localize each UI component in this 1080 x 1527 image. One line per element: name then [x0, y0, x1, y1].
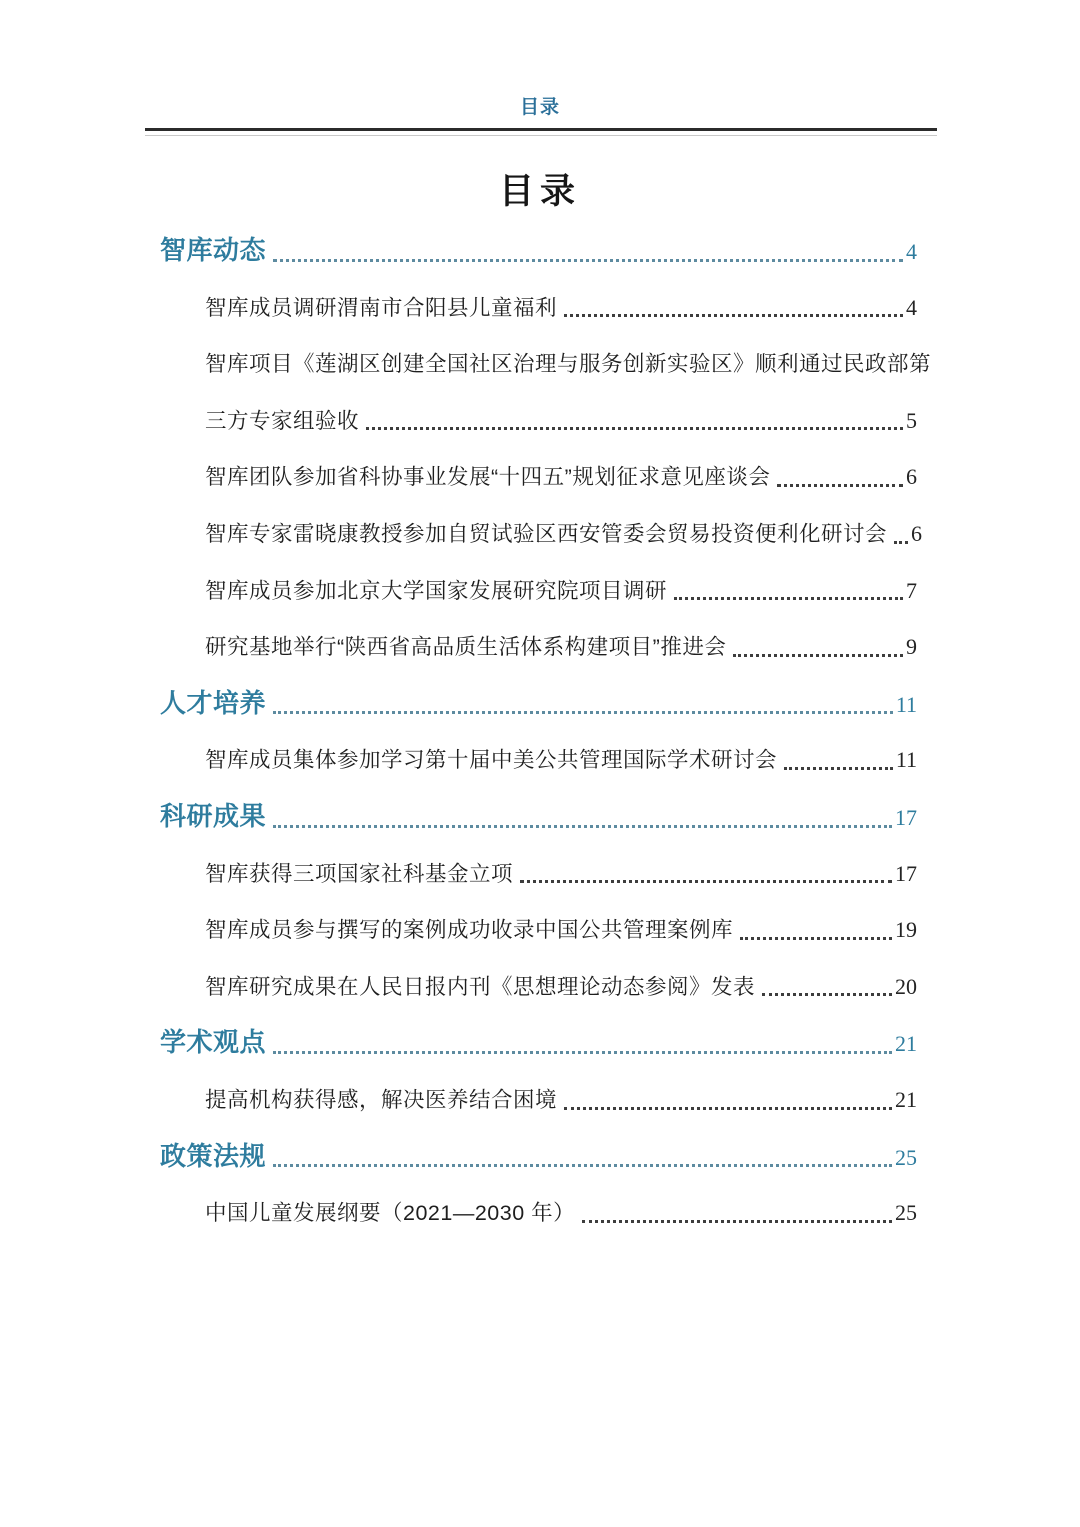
- toc-entry[interactable]: 提高机构获得感，解决医养结合困境21: [160, 1072, 917, 1129]
- entry-page-number: 11: [896, 732, 917, 789]
- entry-page-number: 19: [895, 902, 917, 959]
- entry-page-number: 5: [906, 393, 917, 450]
- entry-page-number: 21: [895, 1072, 917, 1129]
- dot-leader: [520, 880, 892, 883]
- header-rule: [145, 128, 937, 136]
- entry-text: 三方专家组验收: [205, 393, 359, 450]
- entry-text: 智库成员参与撰写的案例成功收录中国公共管理案例库: [205, 902, 733, 959]
- toc-section-row[interactable]: 学术观点21: [160, 1015, 917, 1072]
- entry-text: 智库成员参加北京大学国家发展研究院项目调研: [205, 563, 667, 620]
- section-label: 学术观点: [160, 1015, 266, 1072]
- entry-page-number: 7: [906, 563, 917, 620]
- entry-text: 中国儿童发展纲要（2021—2030 年）: [205, 1185, 575, 1242]
- entry-text: 智库团队参加省科协事业发展“十四五”规划征求意见座谈会: [205, 449, 770, 506]
- toc-entry[interactable]: 智库成员参加北京大学国家发展研究院项目调研7: [160, 563, 917, 620]
- toc-entry[interactable]: 智库项目《莲湖区创建全国社区治理与服务创新实验区》顺利通过民政部第三方专家组验收…: [160, 336, 917, 449]
- toc-section-row[interactable]: 科研成果17: [160, 789, 917, 846]
- dot-leader: [273, 1051, 892, 1054]
- toc-entry[interactable]: 智库团队参加省科协事业发展“十四五”规划征求意见座谈会6: [160, 449, 917, 506]
- entry-last-line: 研究基地举行“陕西省高品质生活体系构建项目”推进会9: [205, 619, 917, 676]
- entry-page-number: 6: [911, 506, 922, 563]
- dot-leader: [582, 1220, 892, 1223]
- dot-leader: [273, 1164, 892, 1167]
- section-page-number: 11: [896, 677, 917, 734]
- dot-leader: [740, 937, 892, 940]
- toc-section-row[interactable]: 智库动态4: [160, 223, 917, 280]
- section-page-number: 4: [906, 224, 917, 281]
- dot-leader: [366, 427, 903, 430]
- entry-last-line: 智库成员参与撰写的案例成功收录中国公共管理案例库19: [205, 902, 917, 959]
- section-label: 人才培养: [160, 676, 266, 733]
- entry-text: 智库成员集体参加学习第十届中美公共管理国际学术研讨会: [205, 732, 777, 789]
- dot-leader: [733, 654, 903, 657]
- running-header-title: 目录: [0, 0, 1080, 118]
- entry-text: 智库成员调研渭南市合阳县儿童福利: [205, 280, 557, 337]
- toc-entry[interactable]: 研究基地举行“陕西省高品质生活体系构建项目”推进会9: [160, 619, 917, 676]
- entry-text: 智库研究成果在人民日报内刊《思想理论动态参阅》发表: [205, 959, 755, 1016]
- dot-leader: [777, 484, 903, 487]
- entry-text: 智库获得三项国家社科基金立项: [205, 846, 513, 903]
- entry-last-line: 中国儿童发展纲要（2021—2030 年）25: [205, 1185, 917, 1242]
- entry-text: 智库专家雷晓康教授参加自贸试验区西安管委会贸易投资便利化研讨会: [205, 506, 887, 563]
- table-of-contents: 智库动态4智库成员调研渭南市合阳县儿童福利4智库项目《莲湖区创建全国社区治理与服…: [160, 223, 917, 1242]
- entry-last-line: 智库团队参加省科协事业发展“十四五”规划征求意见座谈会6: [205, 449, 917, 506]
- dot-leader: [784, 767, 893, 770]
- entry-last-line: 三方专家组验收5: [205, 393, 917, 450]
- document-page: 目录 目录 智库动态4智库成员调研渭南市合阳县儿童福利4智库项目《莲湖区创建全国…: [0, 0, 1080, 1527]
- section-page-number: 25: [895, 1130, 917, 1187]
- entry-page-number: 17: [895, 846, 917, 903]
- toc-entry[interactable]: 智库成员参与撰写的案例成功收录中国公共管理案例库19: [160, 902, 917, 959]
- section-label: 智库动态: [160, 223, 266, 280]
- entry-last-line: 智库专家雷晓康教授参加自贸试验区西安管委会贸易投资便利化研讨会6: [205, 506, 917, 563]
- toc-entry[interactable]: 中国儿童发展纲要（2021—2030 年）25: [160, 1185, 917, 1242]
- dot-leader: [674, 597, 903, 600]
- dot-leader: [273, 711, 893, 714]
- toc-section-row[interactable]: 政策法规25: [160, 1129, 917, 1186]
- dot-leader: [762, 993, 892, 996]
- entry-text: 提高机构获得感，解决医养结合困境: [205, 1072, 557, 1129]
- toc-entry[interactable]: 智库成员调研渭南市合阳县儿童福利4: [160, 280, 917, 337]
- dot-leader: [564, 314, 903, 317]
- section-label: 科研成果: [160, 789, 266, 846]
- entry-page-number: 20: [895, 959, 917, 1016]
- entry-last-line: 智库成员调研渭南市合阳县儿童福利4: [205, 280, 917, 337]
- section-label: 政策法规: [160, 1129, 266, 1186]
- section-page-number: 17: [895, 790, 917, 847]
- dot-leader: [273, 825, 892, 828]
- entry-page-number: 9: [906, 619, 917, 676]
- entry-page-number: 4: [906, 280, 917, 337]
- entry-page-number: 25: [895, 1185, 917, 1242]
- entry-last-line: 智库成员参加北京大学国家发展研究院项目调研7: [205, 563, 917, 620]
- entry-last-line: 智库获得三项国家社科基金立项17: [205, 846, 917, 903]
- toc-entry[interactable]: 智库研究成果在人民日报内刊《思想理论动态参阅》发表20: [160, 959, 917, 1016]
- dot-leader: [894, 541, 908, 544]
- entry-text: 研究基地举行“陕西省高品质生活体系构建项目”推进会: [205, 619, 726, 676]
- toc-entry[interactable]: 智库成员集体参加学习第十届中美公共管理国际学术研讨会11: [160, 732, 917, 789]
- toc-section-row[interactable]: 人才培养11: [160, 676, 917, 733]
- entry-page-number: 6: [906, 449, 917, 506]
- dot-leader: [273, 259, 903, 262]
- entry-last-line: 提高机构获得感，解决医养结合困境21: [205, 1072, 917, 1129]
- entry-last-line: 智库成员集体参加学习第十届中美公共管理国际学术研讨会11: [205, 732, 917, 789]
- dot-leader: [564, 1107, 892, 1110]
- entry-last-line: 智库研究成果在人民日报内刊《思想理论动态参阅》发表20: [205, 959, 917, 1016]
- page-title: 目录: [0, 166, 1080, 218]
- toc-entry[interactable]: 智库专家雷晓康教授参加自贸试验区西安管委会贸易投资便利化研讨会6: [160, 506, 917, 563]
- section-page-number: 21: [895, 1016, 917, 1073]
- toc-entry[interactable]: 智库获得三项国家社科基金立项17: [160, 846, 917, 903]
- entry-text-line: 智库项目《莲湖区创建全国社区治理与服务创新实验区》顺利通过民政部第: [205, 336, 917, 393]
